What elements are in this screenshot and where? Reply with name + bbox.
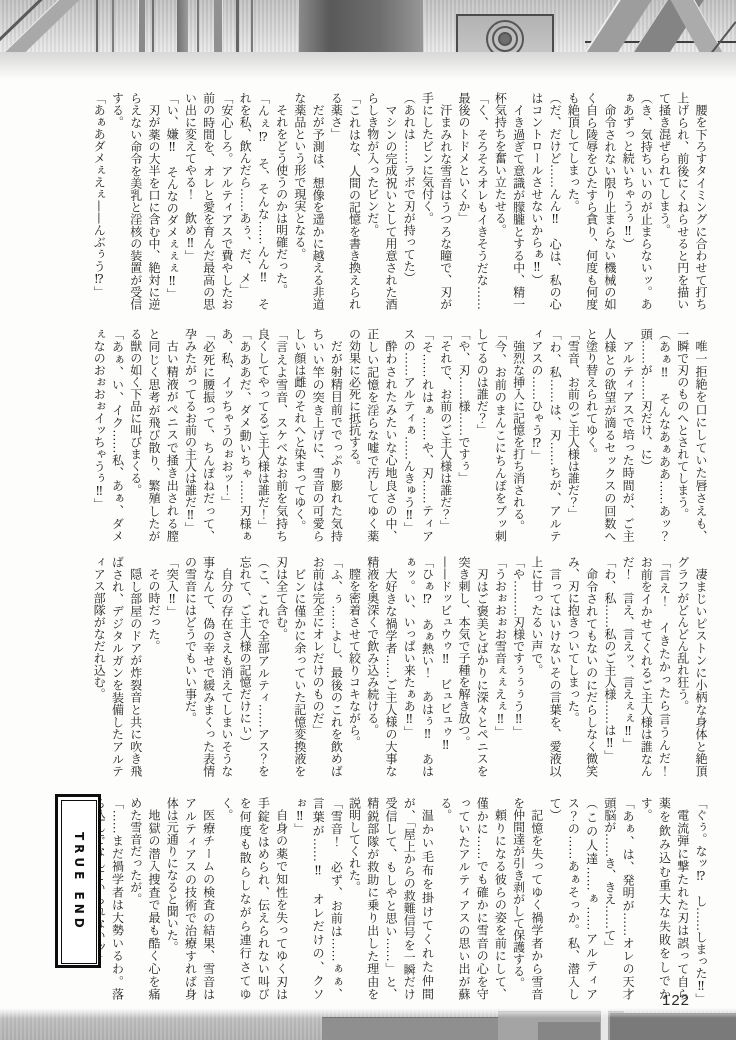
paragraph: 「それで、お前のご主人様は誰だ？」 [436,328,454,542]
paragraph: 腰を下ろすタイミングに合わせて打ち上げられ、前後にくねらせると円を描いて掻き混ぜ… [655,92,710,310]
paragraph: 「雪音！ 必ず、お前は……ぁぁ、言葉が……‼ オレだけの、クソぉ‼」 [291,797,346,1000]
paragraph: 「ひぁ⁉ あぁ熱い！ あはぅ‼ あはぁッ。い、いっぱい来たぁあ‼」 [400,556,436,777]
page-number: 122 [662,992,710,1009]
paragraph: 記憶を失ってゆく禍学者から雪音を仲間達が引き剥がして保護する。 [509,797,545,1000]
paragraph: 隠し部屋のドアが炸裂音と共に吹き飛ばされ、デジタルガンを装備したアルティアス部隊… [90,556,145,777]
paragraph: 「んぇ⁉ そ、そんな……んん‼ それを私、飲んだら……あぅ、だ、メ」 [236,92,272,310]
paragraph: 温かい毛布を掛けてくれた仲間が、「屋上からの救難信号を一瞬だけ受信して、もしやと… [345,797,436,1000]
footer-fade [0,1008,736,1018]
paragraph: 命令されてもないのにだらしなく微笑み、刃に抱きついてしまった。 [564,556,600,777]
paragraph: （あぁ‼ そんなあぁああ……あッ？ 頭……が……刃だけ、に） [637,328,673,542]
paragraph: 刃が薬の大半を口に含む中、絶対に逆らえない命令を美乳と淫核の装置が受信する。 [108,92,163,310]
paragraph: その時だった。 [145,556,163,777]
text-band-1: 腰を下ろすタイミングに合わせて打ち上げられ、前後にくねらせると円を描いて掻き混ぜ… [83,92,710,310]
paragraph: （き、気持ちいいのが止まらないッ。あぁあずっと続いちゃうぅ‼） [619,92,655,310]
paragraph: アルティアスで培った時間が、ご主人様との欲望が滴るセックスの回数へと塗り替えられ… [582,328,637,542]
paragraph: 電流弾に撃たれた刃は誤って自ら薬を飲み込む重大な失敗をしでかす。 [637,797,692,1000]
paragraph: 「雪音、お前のご主人様は誰だ？」 [564,328,582,542]
true-end-label: TRUE END [72,832,86,932]
paragraph: 「わ、私……私のご主人様……は‼」 [601,556,619,777]
paragraph: 汗まみれな雪音はうつろな瞳で、刃が手にしたビンに気付く。 [418,92,454,310]
paragraph: 「突入‼」 [163,556,181,777]
paragraph: イき過ぎて意識が朦朧とする中、精一杯気持ちを奮い立たせる。 [491,92,527,310]
art-vertical-bar [214,0,223,52]
art-gray-block [322,1017,500,1040]
book-page: 腰を下ろすタイミングに合わせて打ち上げられ、前後にくねらせると円を描いて掻き混ぜ… [0,0,736,1040]
paragraph: 酔わされたみたいな心地良さの中、正しい記憶を淫らな嘘で汚してゆく薬の効果に必死に… [345,328,400,542]
paragraph: 自分の存在さえも消えてしまいそうな事なんて、偽の幸せで緩みまくった表情の雪音には… [181,556,236,777]
paragraph: 刃はご褒美とばかりに深々とペニスを突き刺し、本気で子種を解き放つ。 [455,556,491,777]
paragraph: 「あぁ、は、発明が……オレの天才頭脳が……き、きえ……て」 [601,797,637,1000]
paragraph: 「言え！ イきたかったら言うんだ！ お前をイかせてくれるご主人様は誰なんだ！ 言… [619,556,674,777]
header-fade [0,52,736,80]
art-vertical-bar [96,0,98,52]
art-vertical-bar [251,0,253,52]
art-gray-block [538,1022,600,1040]
art-vertical-bar [197,0,199,52]
paragraph: 頼りになる彼らの姿を前にして、僅かに……でも確かに雪音の心を守っていたアルティア… [436,797,509,1000]
header-artwork [0,0,736,52]
paragraph: 医療チームの検査の結果、雪音はアルティアスの技術で治療すれば身体は元通りになると… [163,797,218,1000]
paragraph: 「あああだ、ダメ動いちゃ……刃様ぁあ、私、イッちゃうのぉおッ！」 [218,328,254,542]
art-vertical-bar [177,0,188,52]
paragraph: 「……まだ禍学者は大勢いるわ。落ち込んでなんていられないッ」 [98,797,127,1000]
art-vertical-bar [138,0,145,52]
paragraph: 「い、嫌‼ そんなのダメぇぇぇ‼」 [163,92,181,310]
paragraph: （あれは……ラボで刃が持ってた） [400,92,418,310]
paragraph: 「く、そろそろオレもイきそうだな……最後のトドメといくか」 [455,92,491,310]
paragraph: 膣を密着させて絞りコキながら。 [345,556,363,777]
paragraph: 自身の薬で知性を失ってゆく刃は手錠をはめられ、伝えられない叫びを何度も散らしなが… [218,797,291,1000]
paragraph: 凄まじいピストンに小柄な身体と絶頂グラフがどんどん乱れ狂う。 [674,556,710,777]
paragraph: 古い精液がペニスで掻き出される膣と同じく思考が飛び散り、繁殖したがる獣の如く下品… [127,328,182,542]
paragraph: 唯一拒絶を口にしていた唇さえも、一瞬で刃のものへとされてしまう。 [674,328,710,542]
paragraph: （こ、これで全部アルティ……アス？を忘れて、ご主人様の記憶だけにぃ） [236,556,272,777]
art-vertical-bar [152,0,154,52]
true-end-inner-frame: TRUE END [61,800,97,964]
text-band-4: 「ぐぅ。なッ⁉ し……しまった‼」電流弾に撃たれた刃は誤って自ら薬を飲み込む重大… [98,797,710,1000]
text-band-3: 凄まじいピストンに小柄な身体と絶頂グラフがどんどん乱れ狂う。「言え！ イきたかっ… [83,556,710,777]
paragraph: 「あぁあダメぇえぇ——んぶぅう⁉」 [90,92,108,310]
paragraph: 「や………刃様ですぅぅぅう‼」 [509,556,527,777]
art-vertical-bar [112,0,114,52]
paragraph: 「ふ、ぅ……よし、最後のこれを飲めばお前は完全にオレだけのものだ」 [309,556,345,777]
true-end-box: TRUE END [55,794,101,968]
paragraph: 「ぐぅ。なッ⁉ し……しまった‼」 [692,797,710,1000]
paragraph: 「あぁ、い、イク……私、あぁ、ダメぇなのおぉおぉイッちゃうぅ‼」 [90,328,126,542]
paragraph: 強烈な挿入に記憶を打ち消される。 [509,328,527,542]
paragraph: 地獄の潜入捜査で最も酷く心を痛めた雪音だったが。 [127,797,163,1000]
paragraph: それをどう使うのかは明確だった。 [272,92,290,310]
footer-artwork [0,1008,736,1040]
paragraph: 命令されない限り止まらない機械の如く自ら陵辱をひたすら貪り、何度も何度も絶頂して… [564,92,619,310]
paragraph: 大好きな禍学者……ご主人様の大事な精液を奥深くで飲み込み続ける。 [364,556,400,777]
paragraph: 「や、刃……様……ですぅ」 [455,328,473,542]
paragraph: 「わ、私……は、刃……ちが、アルティアスの……ひゃう⁉」 [528,328,564,542]
paragraph: だが予測は、想像を遥かに越える非道な薬品という形で現実となる。 [291,92,327,310]
paragraph: ——ドッビュウゥ‼ ビュビュゥ‼ [436,556,454,777]
paragraph: 「これはな、人間の記憶を書き換えられる薬さ」 [327,92,363,310]
art-concentric-circles-icon [456,14,554,52]
paragraph: 「必死に腰振って、ちんぽねだって、孕みたがってるお前の主人は誰だ‼」 [181,328,217,542]
paragraph: 「言えよ雪音、スケベなお前を気持ち良くしてやってるご主人様は誰だ！」 [254,328,290,542]
paragraph: （この人達……ぁ……アルティアス？の……あぁそっか。私、潜入して） [546,797,601,1000]
text-band-2: 唯一拒絶を口にしていた唇さえも、一瞬で刃のものへとされてしまう。（あぁ‼ そんな… [83,328,710,542]
paragraph: 「今、お前のまんこにちんぽをブッ刺してるのは誰だ？」 [473,328,509,542]
paragraph: 「うおぉおぉお雪音ぇぇえぇ‼」 [491,556,509,777]
paragraph: 「安心しろ。アルティアスで費やしたお前の時間を、オレと愛を育んだ最高の思い出に変… [181,92,236,310]
art-dark-panel [298,0,424,52]
art-vertical-bar [236,0,239,52]
paragraph: だが射精目前ででっぷり膨れた気持ちいい竿の突き上げに、雪音の可愛らしい顔は雌のそ… [291,328,346,542]
paragraph: ビンに僅かに余っていた記憶変換液を刃は全て含む。 [272,556,308,777]
paragraph: 「そ……れはぁ……や、刃……ティアスの……アルティぁ……んきゅう‼」 [400,328,436,542]
paragraph: 言ってはいけないその言葉を、愛液以上に甘ったるい声で。 [528,556,564,777]
paragraph: マシンの完成祝いとして用意された酒らしき物が入ったビンだ。 [364,92,400,310]
paragraph: （だ、だけど……んん‼ 心は、私の心はコントロールさせないからぁ‼） [528,92,564,310]
